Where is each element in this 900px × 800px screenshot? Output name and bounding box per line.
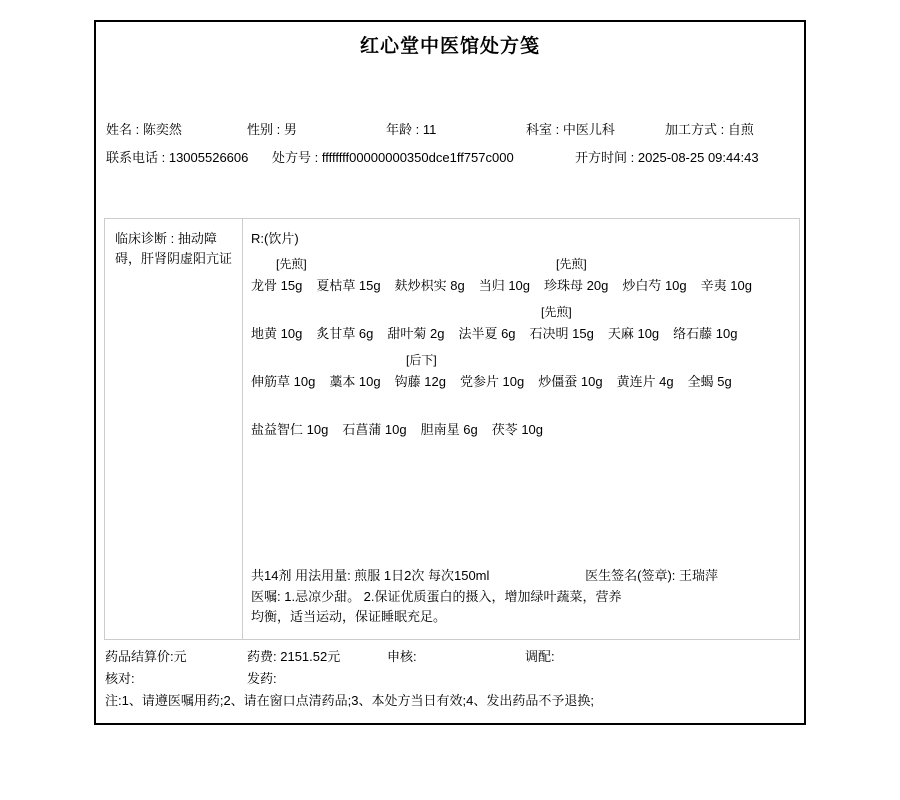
herb-row-2: [先煎] 地黄 10g炙甘草 6g甜叶菊 2g法半夏 6g石决明 15g天麻 1… [251, 306, 791, 354]
prescription-summary: 共14剂 用法用量: 煎服 1日2次 每次150ml 医生签名(签章): 王瑞萍… [251, 567, 791, 627]
herb-item: 胆南星 6g [421, 421, 478, 439]
medicine-fee-label: 药费: [247, 649, 280, 664]
herb-item: 炒僵蚕 10g [538, 373, 602, 391]
patient-age-label: 年龄 : [386, 122, 423, 137]
settle-price-field: 药品结算价:元 [105, 646, 187, 668]
herb-row-1: [先煎] [先煎] 龙骨 15g夏枯草 15g麸炒枳实 8g当归 10g珍珠母 … [251, 258, 791, 306]
patient-name-value: 陈奕然 [143, 122, 182, 137]
patient-department-label: 科室 : [526, 122, 563, 137]
patient-department-field: 科室 : 中医儿科 [526, 120, 615, 140]
rx-header: R:(饮片) [251, 231, 791, 247]
herb-line-2: 地黄 10g炙甘草 6g甜叶菊 2g法半夏 6g石决明 15g天麻 10g络石藤… [251, 325, 791, 343]
page-background: { "title": "红心堂中医馆处方笺", "colors": { "ink… [0, 0, 900, 800]
herb-line-3: 伸筋草 10g藁本 10g钩藤 12g党参片 10g炒僵蚕 10g黄连片 4g全… [251, 373, 791, 391]
decoct-first-tag: [先煎] [541, 306, 572, 319]
patient-info-row-2: 联系电话 : 13005526606 处方号 : ffffffff0000000… [96, 148, 804, 168]
processing-method-field: 加工方式 : 自煎 [665, 120, 754, 140]
contact-phone-label: 联系电话 : [106, 150, 169, 165]
issue-field: 发药: [247, 668, 277, 690]
medical-advice: 医嘱: 1.忌凉少甜。 2.保证优质蛋白的摄入，增加绿叶蔬菜，营养均衡，适当运动… [251, 587, 623, 627]
prescription-sheet: 红心堂中医馆处方笺 姓名 : 陈奕然 性别 : 男 年龄 : 11 科室 : 中… [94, 20, 806, 725]
doctor-signature: 医生签名(签章): 王瑞萍 [585, 567, 718, 585]
herb-item: 藁本 10g [329, 373, 380, 391]
herb-item: 炒白芍 10g [622, 277, 686, 295]
herb-item: 络石藤 10g [673, 325, 737, 343]
decoction-tags-row-3: [后下] [251, 354, 791, 367]
herb-row-3: [后下] 伸筋草 10g藁本 10g钩藤 12g党参片 10g炒僵蚕 10g黄连… [251, 354, 791, 402]
dosage-usage-text: 共14剂 用法用量: 煎服 1日2次 每次150ml [251, 567, 489, 585]
herb-item: 石菖蒲 10g [342, 421, 406, 439]
herb-item: 盐益智仁 10g [251, 421, 328, 439]
patient-info-row-1: 姓名 : 陈奕然 性别 : 男 年龄 : 11 科室 : 中医儿科 加工方式 :… [96, 120, 804, 140]
contact-phone-field: 联系电话 : 13005526606 [106, 148, 248, 168]
herb-item: 茯苓 10g [492, 421, 543, 439]
footer-note: 注:1、请遵医嘱用药;2、请在窗口点清药品;3、本处方当日有效;4、发出药品不予… [105, 690, 799, 712]
footer-row-1: 药品结算价:元 药费: 2151.52元 申核: 调配: [103, 646, 797, 668]
patient-gender-value: 男 [284, 122, 297, 137]
herb-item: 天麻 10g [608, 325, 659, 343]
settle-price-label: 药品结算价: [105, 649, 174, 664]
decoct-later-tag: [后下] [406, 354, 437, 367]
herb-item: 当归 10g [479, 277, 530, 295]
herb-item: 甜叶菊 2g [387, 325, 444, 343]
herb-item: 地黄 10g [251, 325, 302, 343]
check-field: 核对: [105, 668, 135, 690]
decoct-first-tag: [先煎] [276, 258, 307, 271]
herb-item: 石决明 15g [530, 325, 594, 343]
review-field: 申核: [387, 646, 417, 668]
herb-item: 珍珠母 20g [544, 277, 608, 295]
check-label: 核对: [105, 671, 135, 686]
decoct-first-tag: [先煎] [556, 258, 587, 271]
medicine-fee-value: 2151.52元 [280, 649, 340, 664]
herb-item: 钩藤 12g [395, 373, 446, 391]
patient-name-field: 姓名 : 陈奕然 [106, 120, 182, 140]
herb-item: 法半夏 6g [458, 325, 515, 343]
processing-method-label: 加工方式 : [665, 122, 728, 137]
processing-method-value: 自煎 [728, 122, 754, 137]
usage-row: 共14剂 用法用量: 煎服 1日2次 每次150ml 医生签名(签章): 王瑞萍 [251, 567, 791, 585]
herb-line-4: 盐益智仁 10g石菖蒲 10g胆南星 6g茯苓 10g [251, 421, 791, 439]
herb-item: 辛夷 10g [701, 277, 752, 295]
herb-item: 麸炒枳实 8g [395, 277, 465, 295]
herb-item: 炙甘草 6g [316, 325, 373, 343]
patient-age-field: 年龄 : 11 [386, 120, 436, 140]
patient-department-value: 中医儿科 [563, 122, 615, 137]
herb-item: 龙骨 15g [251, 277, 302, 295]
prescription-number-value: ffffffff00000000350dce1ff757c000 [322, 150, 514, 165]
prescription-number-field: 处方号 : ffffffff00000000350dce1ff757c000 [272, 148, 514, 168]
herb-line-1: 龙骨 15g夏枯草 15g麸炒枳实 8g当归 10g珍珠母 20g炒白芍 10g… [251, 277, 791, 295]
herb-item: 全蝎 5g [688, 373, 732, 391]
issue-time-label: 开方时间 : [575, 150, 638, 165]
patient-gender-field: 性别 : 男 [247, 120, 297, 140]
decoction-tags-row-1: [先煎] [先煎] [251, 258, 791, 271]
clinical-diagnosis: 临床诊断 : 抽动障碍，肝肾阴虚阳亢证 [105, 219, 243, 639]
footer-section: 药品结算价:元 药费: 2151.52元 申核: 调配: 核对: 发药: 注:1… [103, 646, 797, 712]
page-title: 红心堂中医馆处方笺 [96, 34, 804, 60]
herb-item: 夏枯草 15g [316, 277, 380, 295]
herb-item: 党参片 10g [460, 373, 524, 391]
issue-time-value: 2025-08-25 09:44:43 [638, 150, 759, 165]
review-label: 申核: [387, 649, 417, 664]
contact-phone-value: 13005526606 [169, 150, 249, 165]
prescription-content: R:(饮片) [先煎] [先煎] 龙骨 15g夏枯草 15g麸炒枳实 8g当归 … [243, 219, 799, 639]
dispense-field: 调配: [525, 646, 555, 668]
settle-price-value: 元 [174, 649, 187, 664]
prescription-number-label: 处方号 : [272, 150, 322, 165]
dispense-label: 调配: [525, 649, 555, 664]
herb-item: 黄连片 4g [617, 373, 674, 391]
medicine-fee-field: 药费: 2151.52元 [247, 646, 340, 668]
footer-row-2: 核对: 发药: [103, 668, 797, 690]
patient-gender-label: 性别 : [247, 122, 284, 137]
clinical-diagnosis-label: 临床诊断 : [115, 231, 178, 246]
herb-item: 伸筋草 10g [251, 373, 315, 391]
decoction-tags-row-2: [先煎] [251, 306, 791, 319]
issue-time-field: 开方时间 : 2025-08-25 09:44:43 [575, 148, 759, 168]
patient-age-value: 11 [423, 122, 437, 137]
herb-row-4: 盐益智仁 10g石菖蒲 10g胆南星 6g茯苓 10g [251, 421, 791, 450]
issue-label: 发药: [247, 671, 277, 686]
patient-name-label: 姓名 : [106, 122, 143, 137]
prescription-box: 临床诊断 : 抽动障碍，肝肾阴虚阳亢证 R:(饮片) [先煎] [先煎] 龙骨 … [104, 218, 800, 640]
